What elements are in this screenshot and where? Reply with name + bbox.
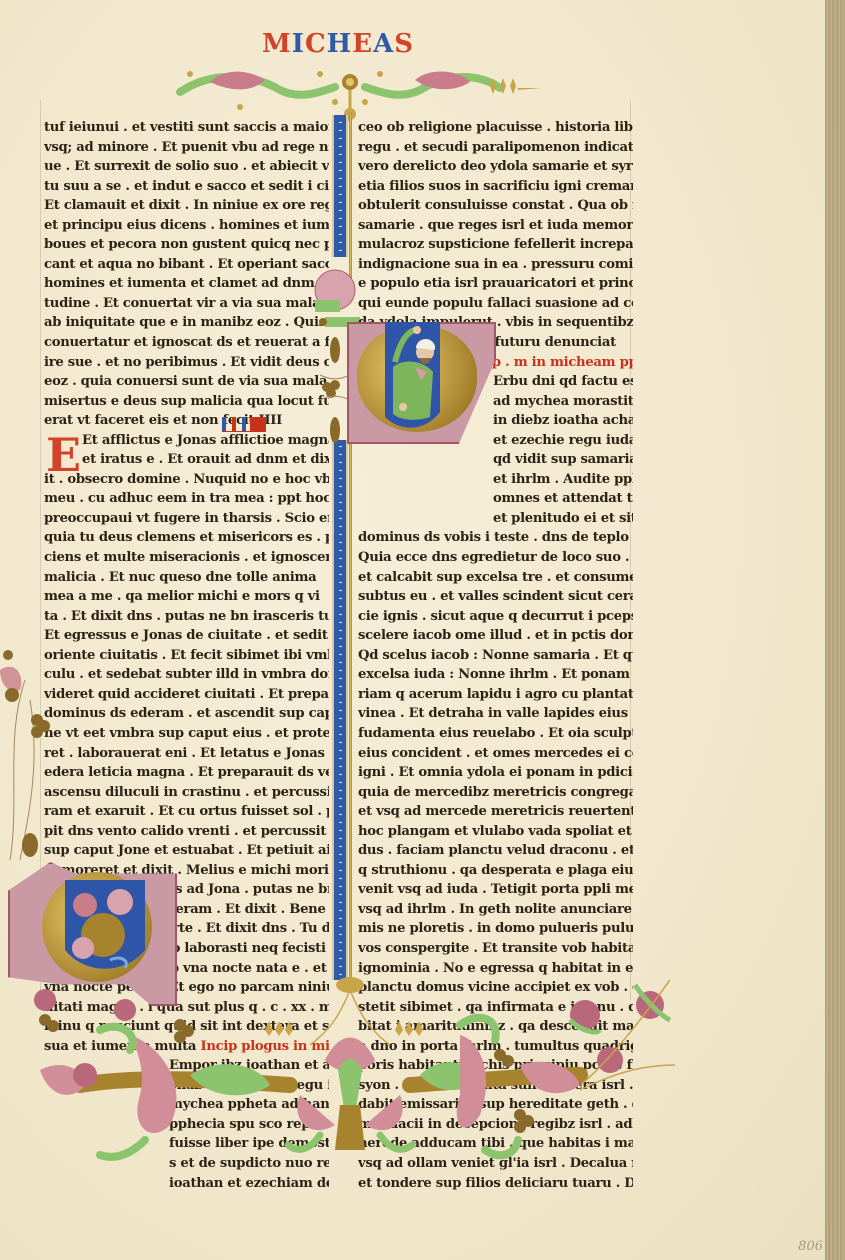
- text-line: homines et iumenta et clamet ad dnm i fo…: [44, 274, 329, 294]
- acanthus-foliage-icon: [65, 880, 145, 975]
- text-line: Et afflictus e Jonas afflictioe magna: [44, 431, 329, 451]
- rubric-initial-E: E: [46, 432, 81, 478]
- text-line: Et clamauit et dixit . In niniue ex ore …: [44, 196, 329, 216]
- text-line: ciens et multe miseracionis . et ignosce…: [44, 548, 329, 568]
- text-line: eoz . quia conuersi sunt de via sua mala…: [44, 372, 329, 392]
- text-line: quia de mercedibz meretricis congregata …: [358, 783, 633, 803]
- text-line: sup caput Jone et estuabat . Et petiuit …: [44, 841, 329, 861]
- text-line: riam q acerum lapidu i agro cu plantatur: [358, 685, 633, 705]
- text-line: ram et exaruit . Et cu ortus fuisset sol…: [44, 802, 329, 822]
- text-line: quia tu deus clemens et misericors es . …: [44, 528, 329, 548]
- text-line: qui eunde populu fallaci suasione ad col…: [358, 294, 633, 314]
- text-line: hoc plangam et vlulabo vada spoliat et n…: [358, 822, 633, 842]
- page-edge: [825, 0, 845, 1260]
- text-line: erat vt faceret eis et non fecit IIII: [44, 411, 329, 431]
- bottom-border-ornament: [20, 975, 700, 1170]
- title-letter: M: [262, 29, 292, 59]
- text-line: ascensu diluculi in crastinu . et percus…: [44, 783, 329, 803]
- text-line: obtulerit consuluisse constat . Qua ob r…: [358, 196, 633, 216]
- text-line: regu . et secudi paralipomenon indicat .…: [358, 138, 633, 158]
- text-line: et ihrlm . Audite ppli: [358, 470, 633, 490]
- text-line: e populo etia isrl prauaricatori et prin…: [358, 274, 633, 294]
- text-line: dus . faciam planctu velud draconu . et …: [358, 841, 633, 861]
- text-line: et iratus e . Et orauit ad dnm et dix: [44, 450, 329, 470]
- text-line: indignacione sua in ea . pressuru comina…: [358, 255, 633, 275]
- text-line: et calcabit sup excelsa tre . et consume…: [358, 568, 633, 588]
- chapter-number-mark: [222, 414, 282, 430]
- text-line: et principu eius dicens . homines et ium…: [44, 216, 329, 236]
- text-line: ue . Et surrexit de solio suo . et abiec…: [44, 157, 329, 177]
- text-line: dominus ds vobis i teste . dns de teplo …: [358, 528, 633, 548]
- text-line: tu suu a se . et indut e sacco et sedit …: [44, 177, 329, 197]
- text-line: omnes et attendat tra: [358, 489, 633, 509]
- title-letter: E: [352, 29, 373, 59]
- text-line: malicia . Et nuc queso dne tolle anima: [44, 568, 329, 588]
- text-line: conuertatur et ignoscat ds et reuerat a …: [44, 333, 329, 353]
- text-line: ta . Et dixit dns . putas ne bn irasceri…: [44, 607, 329, 627]
- gold-stem: [349, 440, 352, 982]
- text-line: vero derelicto deo ydola samarie et syri…: [358, 157, 633, 177]
- text-line: culu . et sedebat subter illd in vmbra d…: [44, 665, 329, 685]
- folio-number: 806: [798, 1239, 823, 1254]
- title-letter: C: [305, 29, 327, 59]
- text-line: mis ne ploretis . in domo pulueris pulue…: [358, 919, 633, 939]
- title-letter: A: [373, 29, 394, 59]
- chapter-number-glyph: [222, 417, 266, 432]
- text-line: mea a me . qa melior michi e mors q vi: [44, 587, 329, 607]
- text-line: preoccupaui vt fugere in tharsis . Scio …: [44, 509, 329, 529]
- text-line: et vsq ad mercede meretricis reuertent .…: [358, 802, 633, 822]
- text-line: videret quid accideret ciuitati . Et pre…: [44, 685, 329, 705]
- decorative-bar-upper: [332, 115, 348, 257]
- text-line: mulacroz supsticione fefellerit increpas: [358, 235, 633, 255]
- text-line: Qd scelus iacob : Nonne samaria . Et que: [358, 646, 633, 666]
- text-line: qd vidit sup samaria: [358, 450, 633, 470]
- text-line: Et egressus e Jonas de ciuitate . et sed…: [44, 626, 329, 646]
- text-line: it . obsecro domine . Nuquid no e hoc vb…: [44, 470, 329, 490]
- text-line: igni . Et omnia ydola ei ponam in pdicio…: [358, 763, 633, 783]
- pink-acanthus-ornament: [305, 262, 365, 332]
- text-line: misertus e deus sup malicia qua locut fu: [44, 392, 329, 412]
- text-line: fudamenta eius reuelabo . Et oia sculpti…: [358, 724, 633, 744]
- text-line: vsq ad ihrlm . In geth nolite anunciare …: [358, 900, 633, 920]
- text-line: tudine . Et conuertat vir a via sua mala…: [44, 294, 329, 314]
- text-line: venit vsq ad iuda . Tetigit porta ppli m…: [358, 880, 633, 900]
- text-line: boues et pecora non gustent quicq nec pa…: [44, 235, 329, 255]
- text-line: meu . cu adhuc eem in tra mea : ppt hoc: [44, 489, 329, 509]
- text-line: dominus ds ederam . et ascendit sup capu…: [44, 704, 329, 724]
- left-margin-flourish: [0, 640, 70, 870]
- text-line: vinea . Et detraha in valle lapides eius…: [358, 704, 633, 724]
- text-line: ret . laborauerat eni . Et letatus e Jon…: [44, 744, 329, 764]
- text-line: cant et aqua no bibant . Et operiant sac…: [44, 255, 329, 275]
- running-title: MICHEAS: [262, 30, 422, 58]
- text-line: vos conspergite . Et transite vob habita…: [358, 939, 633, 959]
- text-line: ne vt eet vmbra sup caput eius . et prot…: [44, 724, 329, 744]
- text-line: vsq; ad minore . Et puenit vbu ad rege n…: [44, 138, 329, 158]
- text-line: scelere iacob ome illud . et in pctis do…: [358, 626, 633, 646]
- text-line: oriente ciuitatis . Et fecit sibimet ibi…: [44, 646, 329, 666]
- title-letter: S: [394, 29, 414, 59]
- text-line: tuf ieiunui . et vestiti sunt saccis a m…: [44, 118, 329, 138]
- text-line: et plenitudo ei et sit: [358, 509, 633, 529]
- text-line: edera leticia magna . Et preparauit ds v…: [44, 763, 329, 783]
- text-line: etia filios suos in sacrificiu igni crem…: [358, 177, 633, 197]
- decorative-bar-lower: [332, 440, 348, 980]
- text-line: pit dns vento calido vrenti . et percuss…: [44, 822, 329, 842]
- prophet-micah-figure: [385, 322, 445, 432]
- text-line: ioathan et ezechiam deo: [44, 1174, 329, 1194]
- text-line: ab iniquitate que e in manibz eoz . Quis…: [44, 313, 329, 333]
- title-letter: I: [292, 29, 305, 59]
- text-line: et tondere sup filios deliciaru tuaru . …: [358, 1174, 633, 1194]
- text-line: ire sue . et no peribimus . Et vidit deu…: [44, 353, 329, 373]
- text-line: q struthionu . qa desperata e plaga eius…: [358, 861, 633, 881]
- title-letter: H: [327, 29, 353, 59]
- text-line: excelsa iuda : Nonne ihrlm . Et ponam sa…: [358, 665, 633, 685]
- text-line: ceo ob religione placuisse . historia li…: [358, 118, 633, 138]
- text-line: eius concident . et omes mercedes ei com…: [358, 744, 633, 764]
- manuscript-page: MICHEAS tuf ieiunui . et vestiti sunt sa…: [0, 0, 845, 1260]
- text-line: Quia ecce dns egredietur de loco suo . e…: [358, 548, 633, 568]
- text-line: samarie . que reges isrl et iuda memorat…: [358, 216, 633, 236]
- text-line: subtus eu . et valles scindent sicut cer…: [358, 587, 633, 607]
- text-line: cie ignis . sicut aque q decurrut i pcep…: [358, 607, 633, 627]
